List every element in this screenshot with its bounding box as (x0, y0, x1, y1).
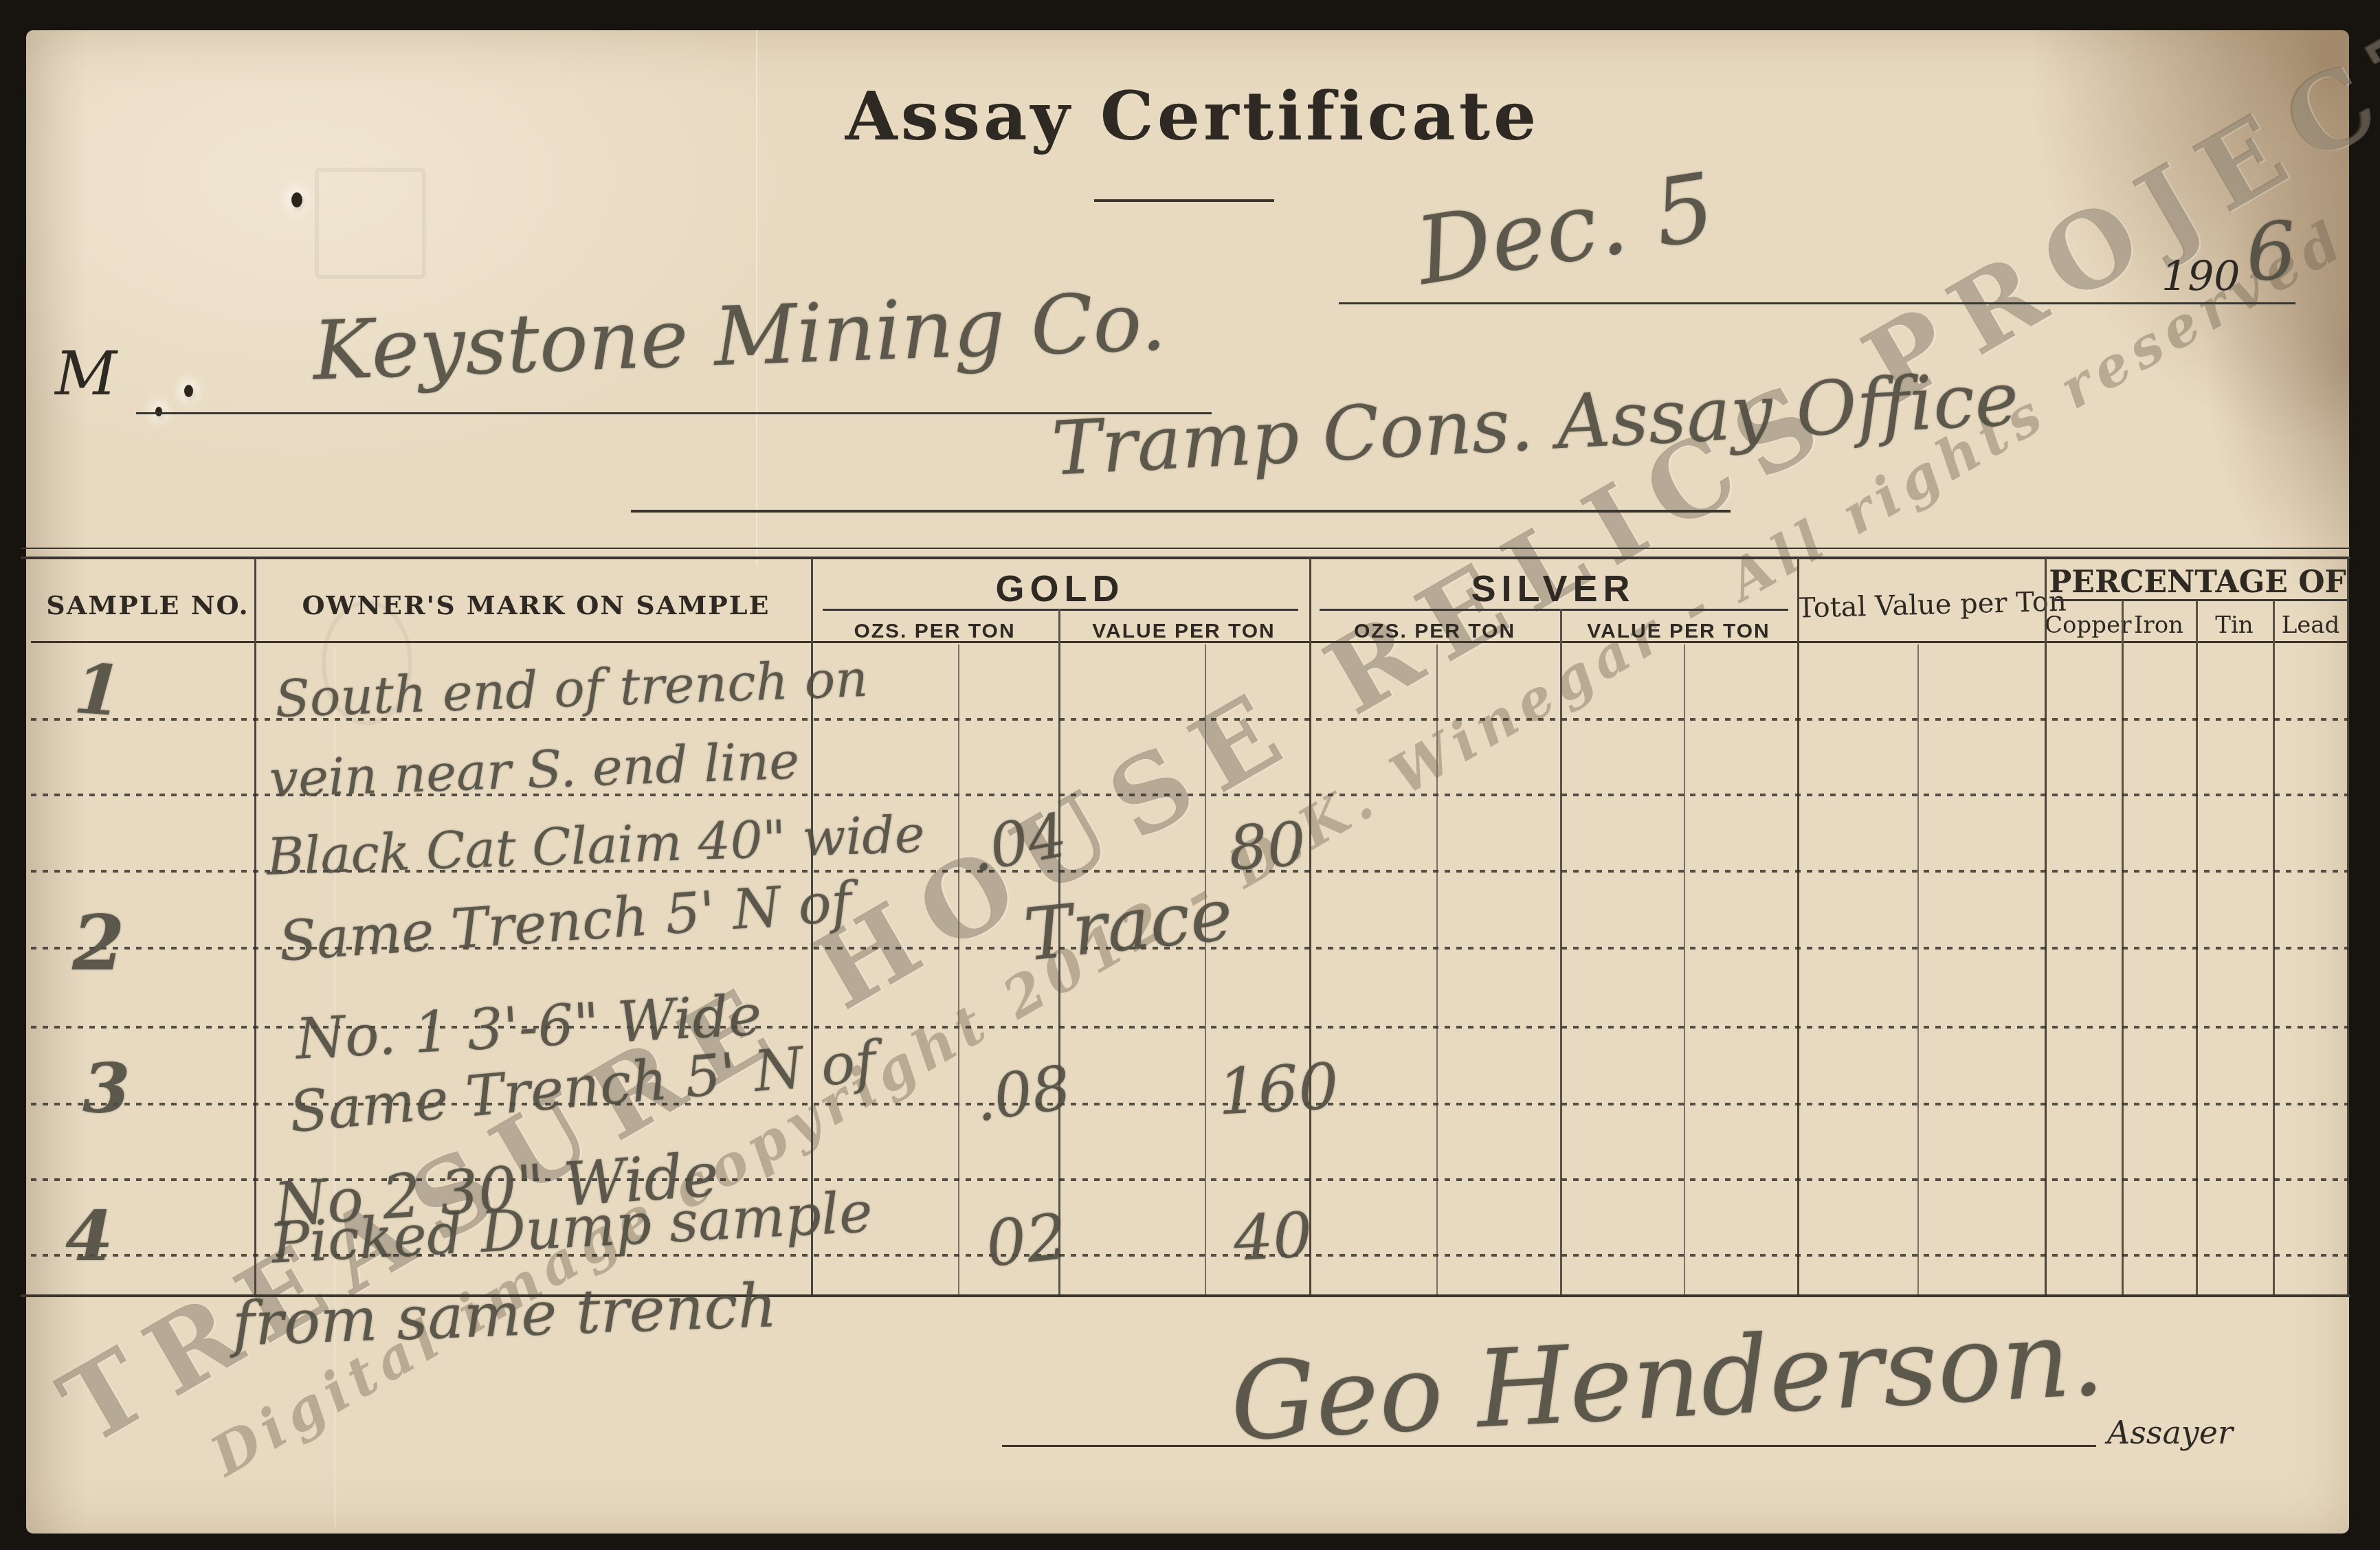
divider-silver-total (1797, 558, 1799, 1296)
header-percentage-of: PERCENTAGE OF (2045, 565, 2350, 600)
ghost-impression-1 (315, 168, 426, 279)
date-rule (1339, 302, 2295, 304)
addressee-rule-2 (631, 510, 1731, 513)
row4-gold-value: 40 (1232, 1199, 1314, 1275)
subdivider-silver-value (1684, 644, 1685, 1296)
header-silver-ozs: OZS. PER TON (1309, 620, 1560, 643)
header-sample-no: SAMPLE NO. (41, 589, 254, 620)
table-top-rule-2 (21, 557, 2350, 559)
header-tin: Tin (2196, 611, 2273, 639)
divider-sample-owner (254, 558, 256, 1296)
divider-total-percentage (2045, 558, 2047, 1296)
header-lead: Lead (2273, 611, 2348, 639)
header-total-value: Total Value per Ton (1797, 586, 2045, 624)
sample-no-1: 1 (71, 648, 125, 732)
table-top-rule-1 (21, 548, 2350, 549)
row3-gold-value: 160 (1216, 1049, 1340, 1129)
divider-silver-ozs-value (1560, 609, 1562, 1296)
header-gold-value: VALUE PER TON (1058, 620, 1309, 643)
addressee-prefix: M (55, 338, 117, 409)
header-iron: Iron (2122, 611, 2196, 639)
subdivider-gold-ozs (958, 644, 959, 1296)
pinhole-left (184, 385, 193, 397)
header-owners-mark: OWNER'S MARK ON SAMPLE (261, 589, 811, 620)
signature-rule (1002, 1445, 2096, 1447)
header-silver: SILVER (1309, 568, 1797, 610)
header-silver-value: VALUE PER TON (1560, 620, 1797, 643)
silver-header-rule (1320, 609, 1788, 611)
row1-gold-value: 80 (1227, 808, 1309, 884)
header-gold-ozs: OZS. PER TON (811, 620, 1058, 643)
header-bottom-rule (31, 641, 2348, 643)
percentage-header-rule (2053, 599, 2347, 601)
handwritten-year-digit: 6 (2243, 205, 2299, 300)
gold-header-rule (823, 609, 1298, 611)
header-copper: Copper (2045, 611, 2122, 639)
table-right-border (2347, 558, 2349, 1296)
assayer-label: Assayer (2107, 1414, 2233, 1451)
pinhole-top (291, 192, 302, 207)
sample-no-2: 2 (72, 899, 125, 987)
row3-gold-ozs: .08 (970, 1052, 1076, 1135)
header-gold: GOLD (811, 568, 1309, 610)
printed-year-prefix: 190 (2161, 253, 2240, 301)
page-title: Assay Certificate (814, 77, 1570, 156)
subdivider-gold-value (1205, 644, 1206, 1296)
pinhole-left-2 (155, 407, 162, 416)
row4-gold-ozs: 02 (983, 1200, 1071, 1281)
divider-gold-silver (1309, 558, 1311, 1296)
subdivider-total-value (1917, 644, 1919, 1296)
sample-no-4: 4 (65, 1195, 113, 1277)
subdivider-silver-ozs (1436, 644, 1438, 1296)
title-rule (1094, 199, 1274, 202)
sample-no-3: 3 (82, 1048, 131, 1129)
scanned-assay-certificate: { "title": "Assay Certificate", "date": … (0, 0, 2380, 1550)
